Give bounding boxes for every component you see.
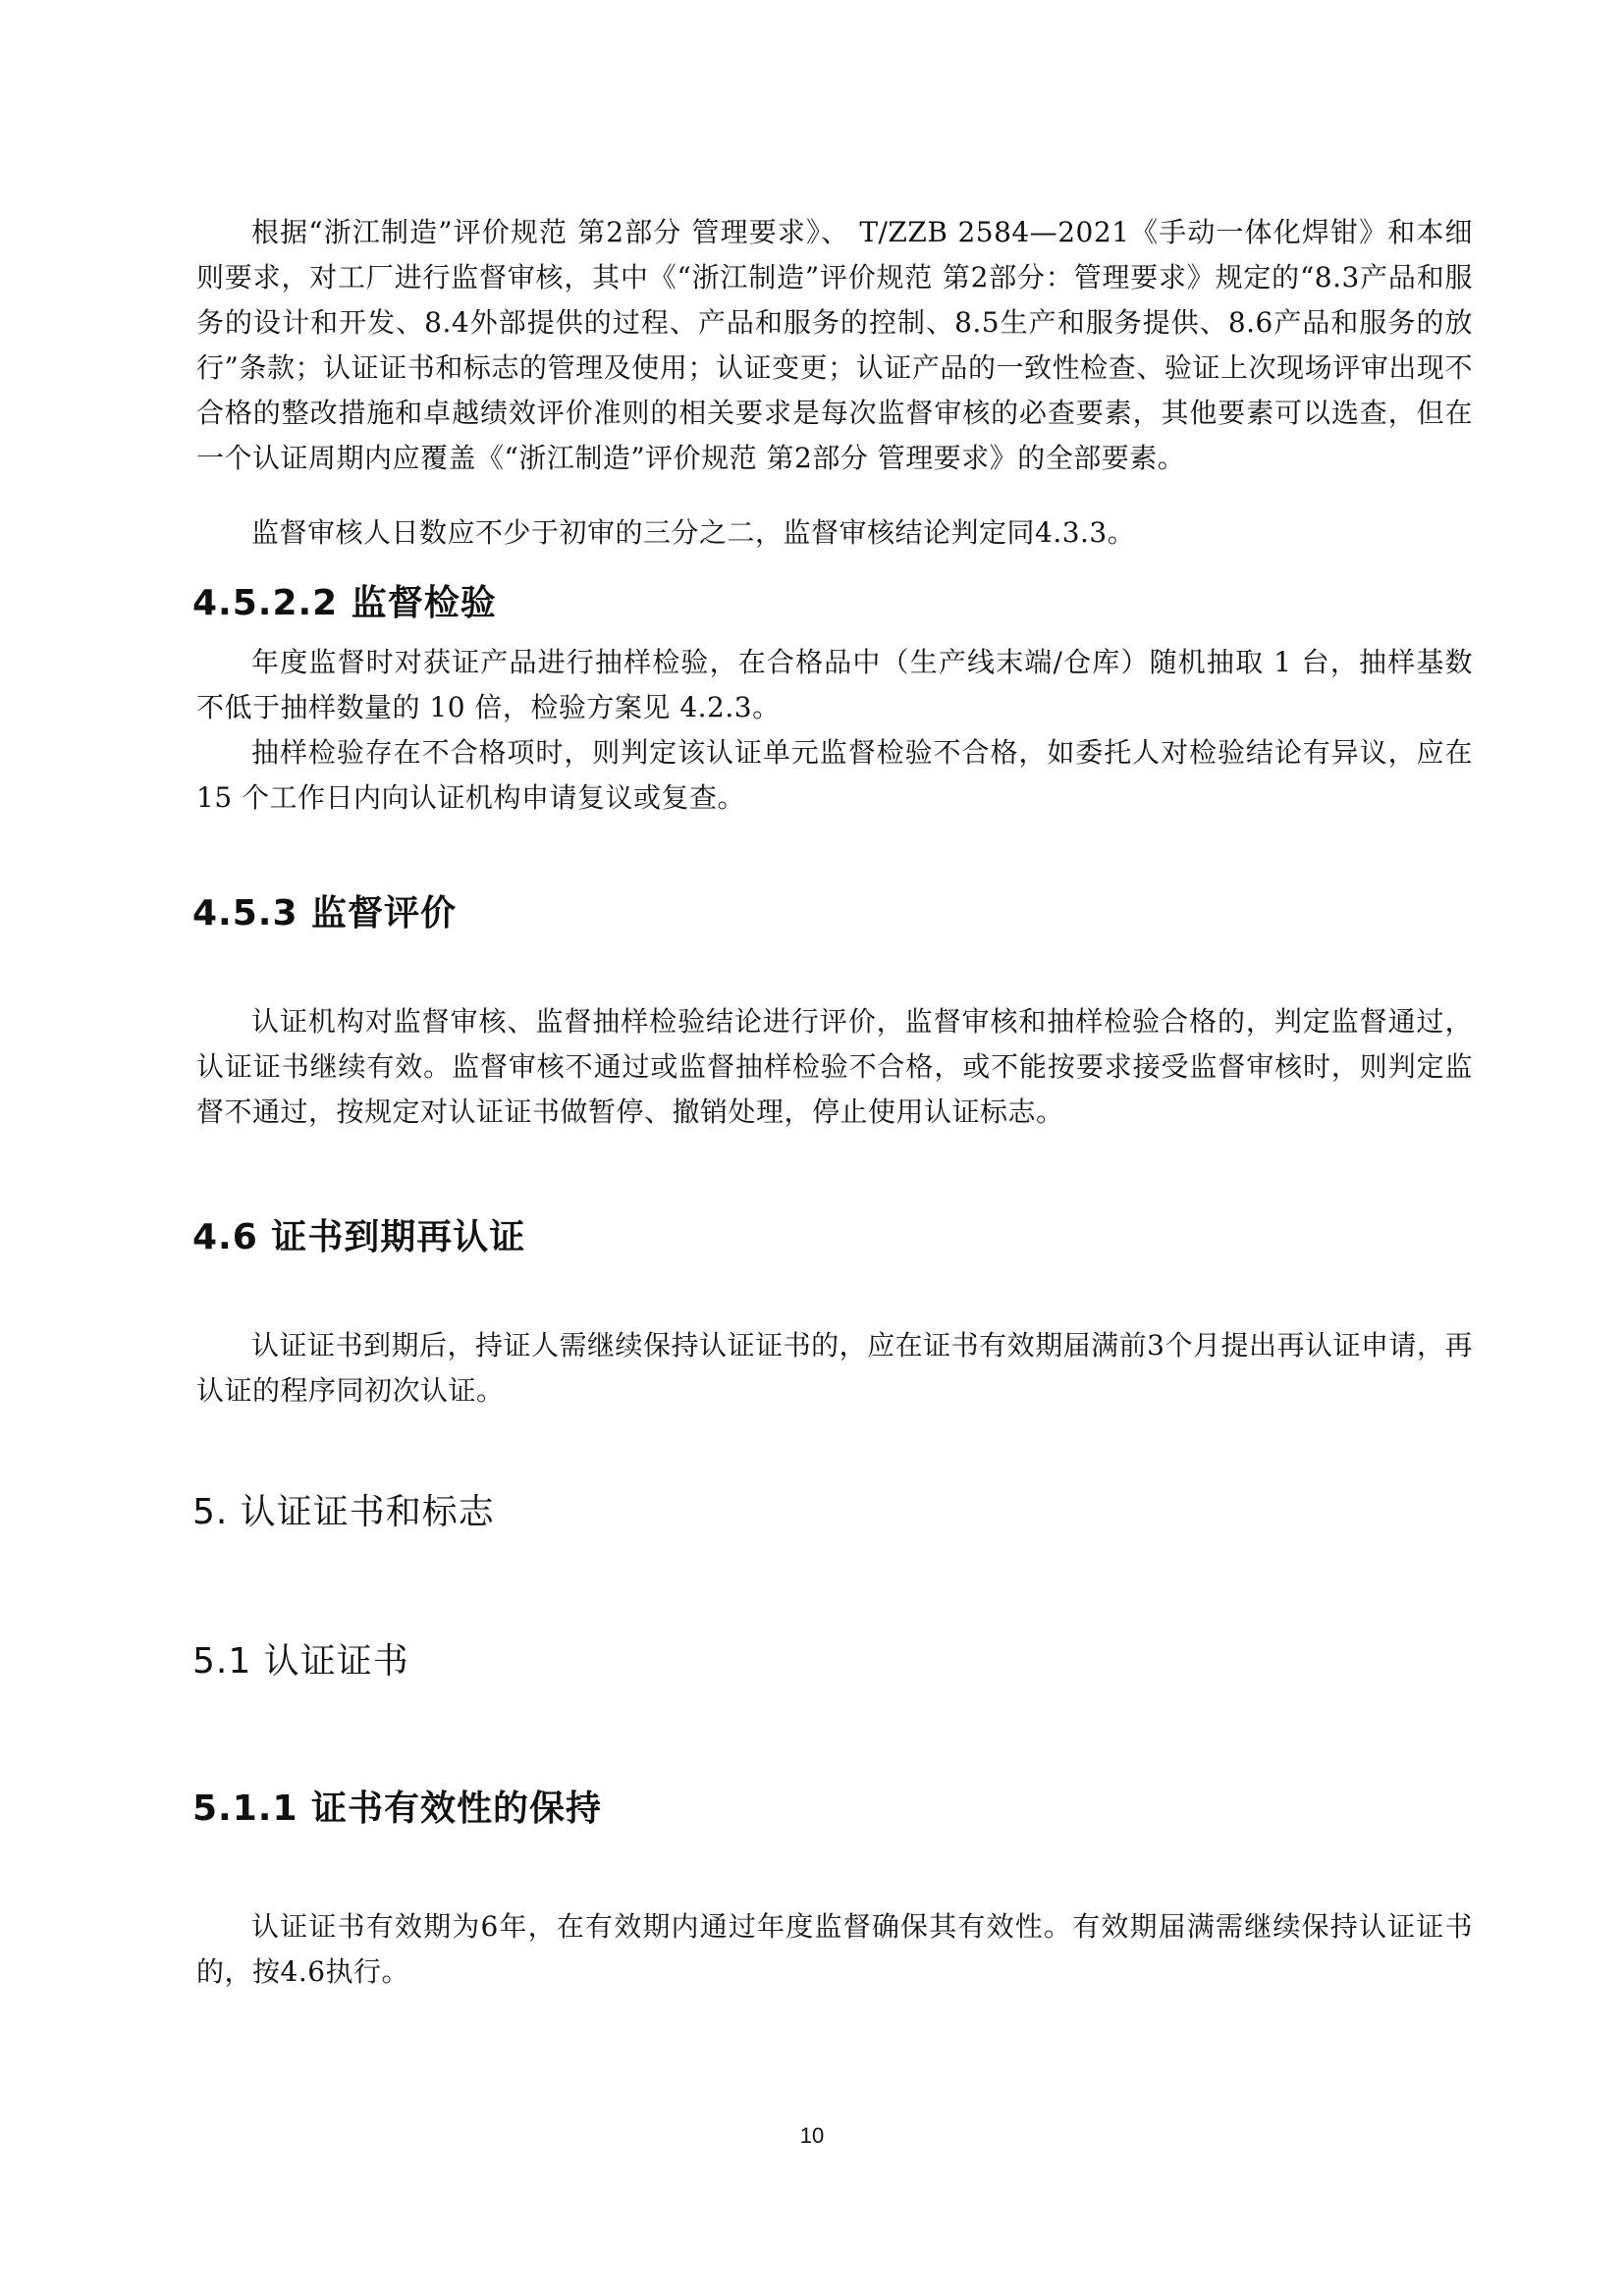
heading-4-5-3: 4.5.3 监督评价 <box>192 885 457 935</box>
paragraph-sampling-inspection: 年度监督时对获证产品进行抽样检验，在合格品中（生产线末端/仓库）随机抽取 1 台… <box>196 640 1473 730</box>
heading-5: 5. 认证证书和标志 <box>192 1484 495 1534</box>
paragraph-supervision-audit-scope: 根据“浙江制造”评价规范 第2部分 管理要求》、 T/ZZB 2584—2021… <box>196 210 1473 481</box>
paragraph-certificate-validity: 认证证书有效期为6年，在有效期内通过年度监督确保其有效性。有效期届满需继续保持认… <box>196 1904 1473 1995</box>
paragraph-supervision-evaluation: 认证机构对监督审核、监督抽样检验结论进行评价，监督审核和抽样检验合格的，判定监督… <box>196 999 1473 1135</box>
document-page: 根据“浙江制造”评价规范 第2部分 管理要求》、 T/ZZB 2584—2021… <box>0 0 1624 2296</box>
paragraph-audit-days: 监督审核人日数应不少于初审的三分之二，监督审核结论判定同4.3.3。 <box>196 510 1473 556</box>
heading-5-1: 5.1 认证证书 <box>192 1633 409 1683</box>
page-number: 10 <box>0 2123 1624 2149</box>
heading-5-1-1: 5.1.1 证书有效性的保持 <box>192 1781 602 1831</box>
paragraph-recertification: 认证证书到期后，持证人需继续保持认证证书的，应在证书有效期届满前3个月提出再认证… <box>196 1323 1473 1414</box>
heading-4-6: 4.6 证书到期再认证 <box>192 1209 525 1259</box>
paragraph-nonconformity: 抽样检验存在不合格项时，则判定该认证单元监督检验不合格，如委托人对检验结论有异议… <box>196 730 1473 821</box>
heading-4-5-2-2: 4.5.2.2 监督检验 <box>192 575 497 625</box>
